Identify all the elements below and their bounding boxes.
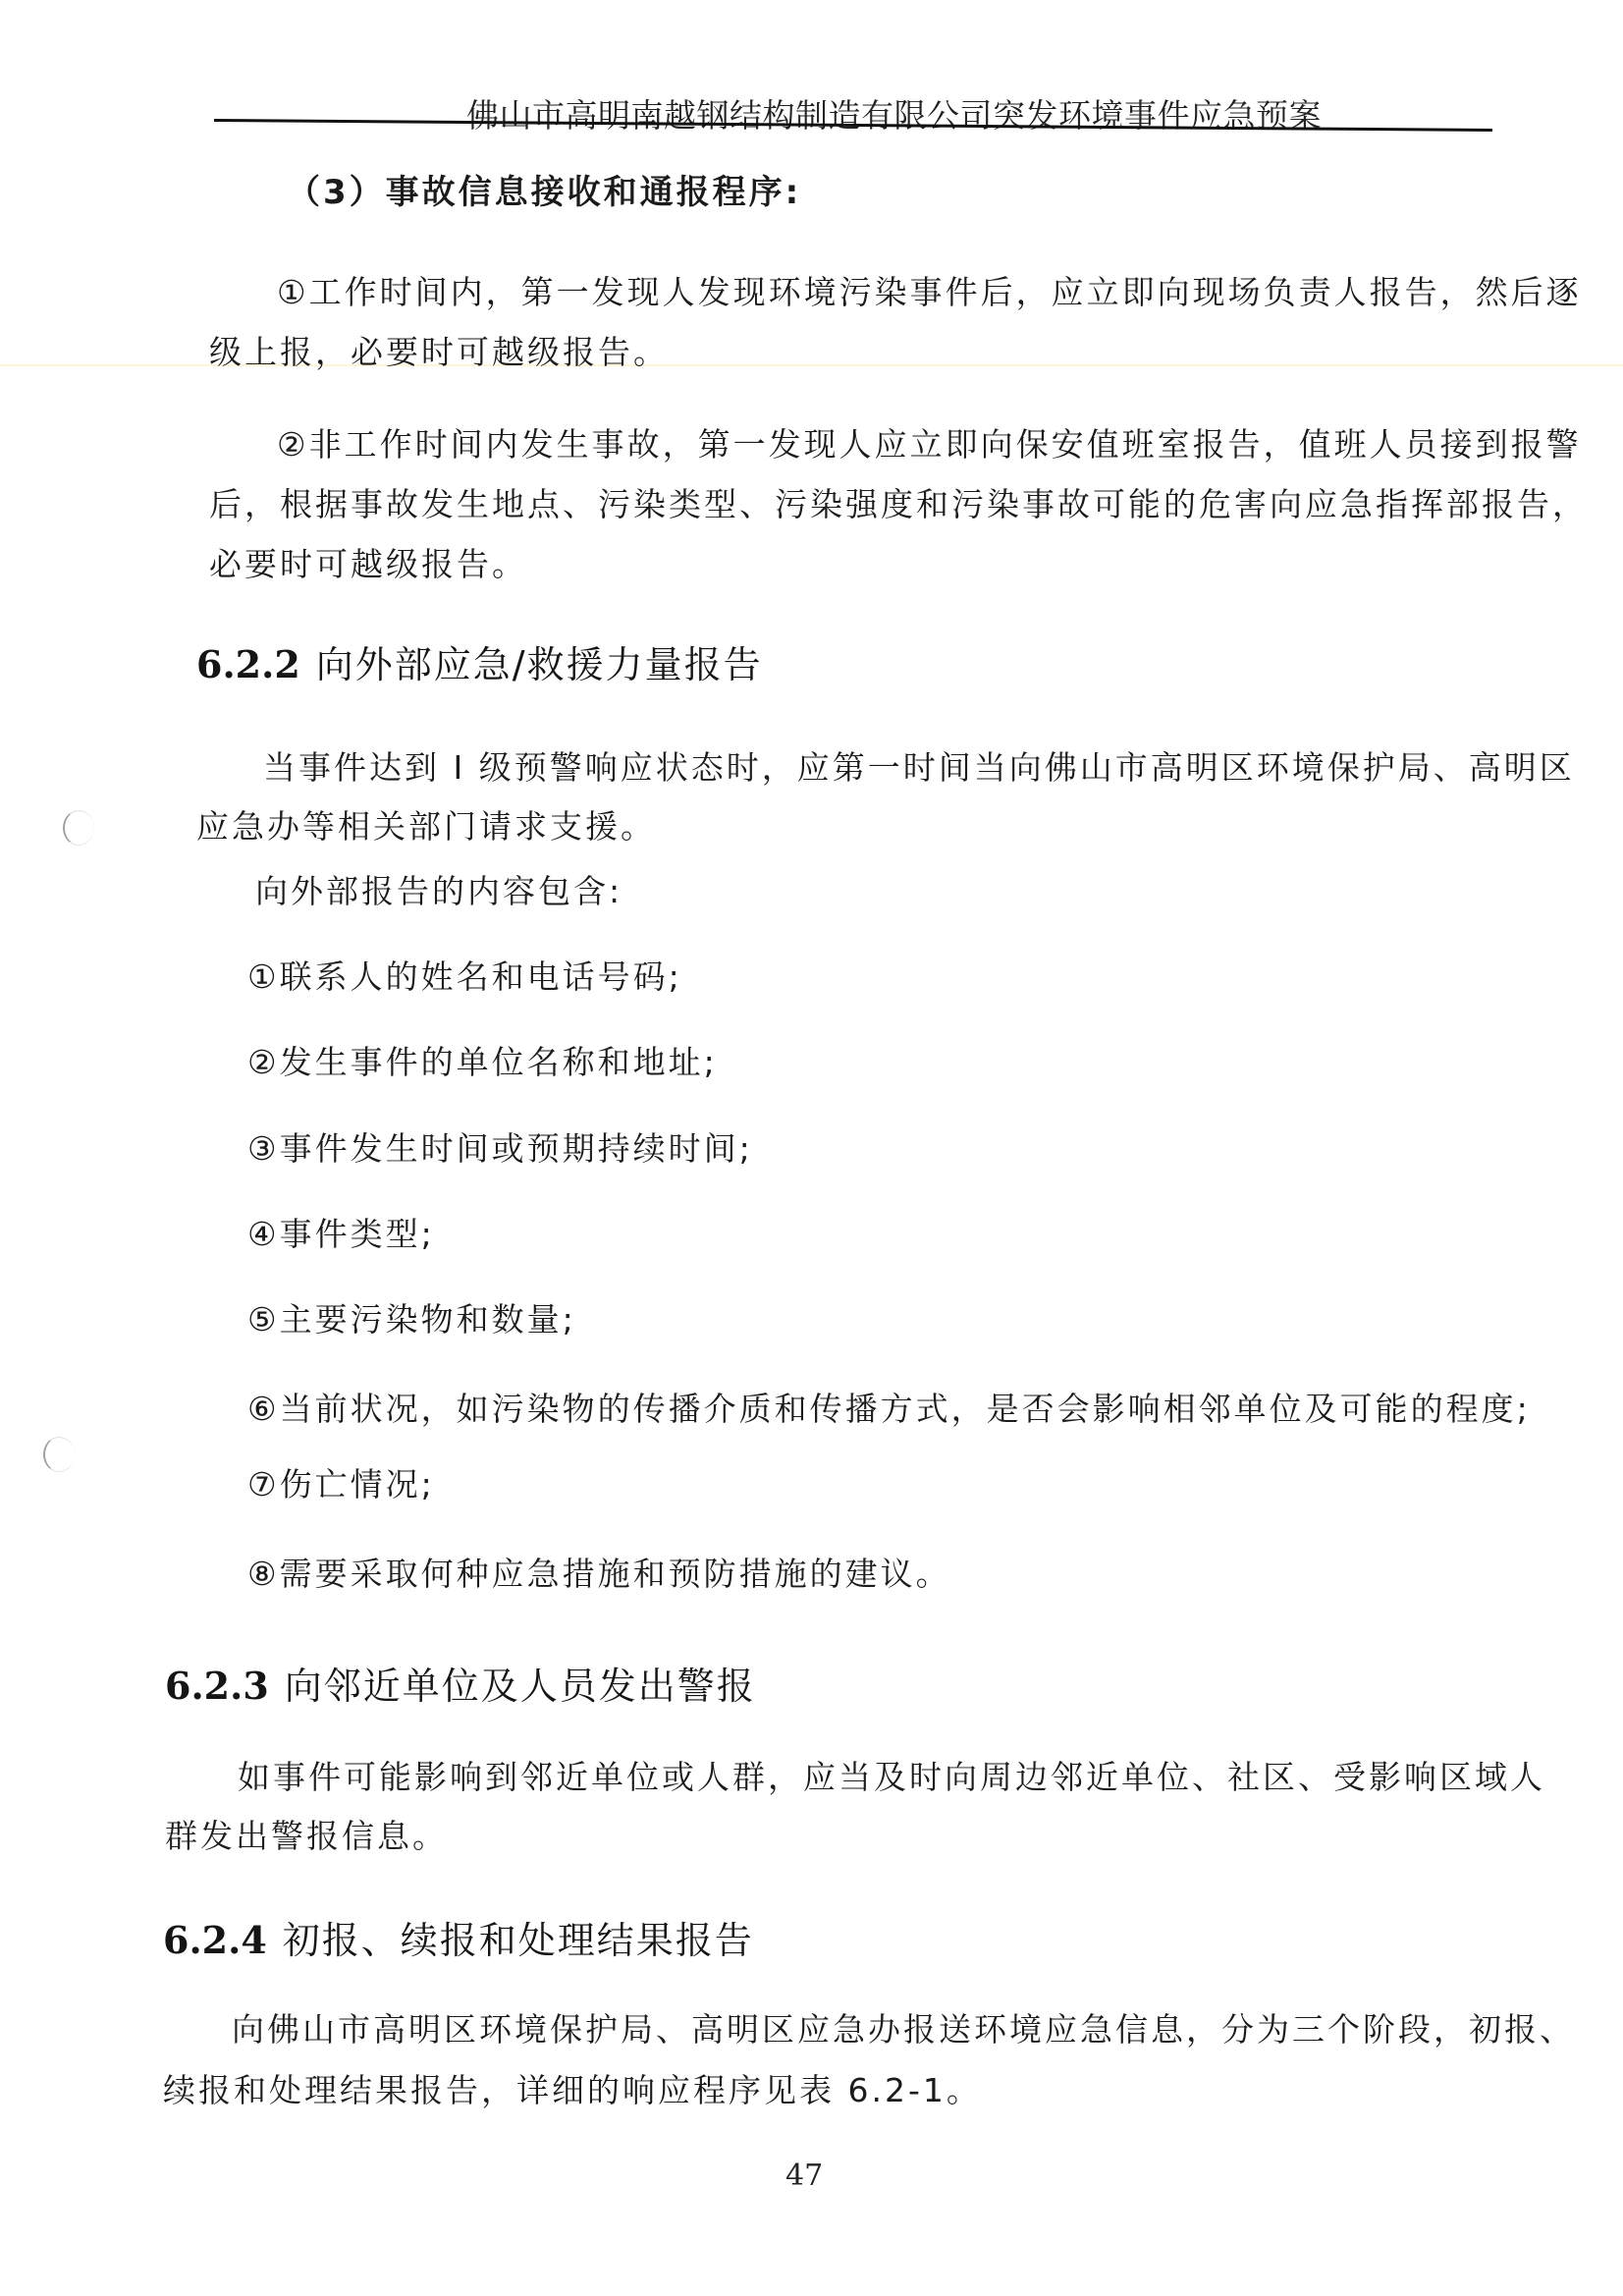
subsection-title-info-procedure: （3）事故信息接收和通报程序: — [287, 165, 801, 213]
paragraph-line: 必要时可越级报告。 — [209, 535, 527, 594]
paragraph-line: 群发出警报信息。 — [165, 1807, 448, 1866]
list-item: ⑤主要污染物和数量; — [247, 1290, 576, 1349]
section-heading-6-2-4: 6.2.4初报、续报和处理结果报告 — [163, 1910, 754, 1964]
paragraph-line: ①工作时间内，第一发现人发现环境污染事件后，应立即向现场负责人报告，然后逐 — [277, 263, 1582, 322]
section-heading-6-2-3: 6.2.3向邻近单位及人员发出警报 — [165, 1656, 756, 1710]
section-heading-6-2-2: 6.2.2向外部应急/救援力量报告 — [196, 634, 763, 688]
paragraph-line: ②非工作时间内发生事故，第一发现人应立即向保安值班室报告，值班人员接到报警 — [277, 415, 1582, 474]
section-number: 6.2.3 — [165, 1664, 269, 1708]
paragraph-line: 续报和处理结果报告，详细的响应程序见表 6.2-1。 — [163, 2061, 982, 2120]
section-number: 6.2.2 — [196, 642, 300, 686]
list-item: ⑧需要采取何种应急措施和预防措施的建议。 — [247, 1545, 951, 1604]
page-number: 47 — [785, 2159, 823, 2193]
list-item: ②发生事件的单位名称和地址; — [247, 1033, 718, 1092]
binding-hole-mark — [63, 810, 94, 846]
paragraph-line: 应急办等相关部门请求支援。 — [196, 797, 656, 856]
list-intro: 向外部报告的内容包含: — [255, 862, 622, 921]
paragraph-line: 级上报，必要时可越级报告。 — [209, 323, 669, 382]
list-item: ③事件发生时间或预期持续时间; — [247, 1120, 753, 1178]
paragraph-line: 如事件可能影响到邻近单位或人群，应当及时向周边邻近单位、社区、受影响区域人 — [238, 1748, 1545, 1807]
paragraph-line: 当事件达到 Ⅰ 级预警响应状态时，应第一时间当向佛山市高明区环境保护局、高明区 — [263, 738, 1575, 797]
paragraph-line: 向佛山市高明区环境保护局、高明区应急办报送环境应急信息，分为三个阶段，初报、 — [232, 2000, 1575, 2059]
section-title: 向外部应急/救援力量报告 — [316, 643, 763, 686]
binding-hole-mark — [43, 1437, 75, 1472]
list-item: ⑥当前状况，如污染物的传播介质和传播方式，是否会影响相邻单位及可能的程度; — [247, 1380, 1531, 1439]
paragraph-line: 后，根据事故发生地点、污染类型、污染强度和污染事故可能的危害向应急指挥部报告， — [209, 475, 1588, 534]
list-item: ⑦伤亡情况; — [247, 1455, 435, 1514]
list-item: ④事件类型; — [247, 1205, 435, 1264]
section-number: 6.2.4 — [163, 1918, 267, 1962]
section-title: 向邻近单位及人员发出警报 — [285, 1665, 756, 1708]
section-title: 初报、续报和处理结果报告 — [283, 1919, 754, 1962]
list-item: ①联系人的姓名和电话号码; — [247, 948, 682, 1007]
